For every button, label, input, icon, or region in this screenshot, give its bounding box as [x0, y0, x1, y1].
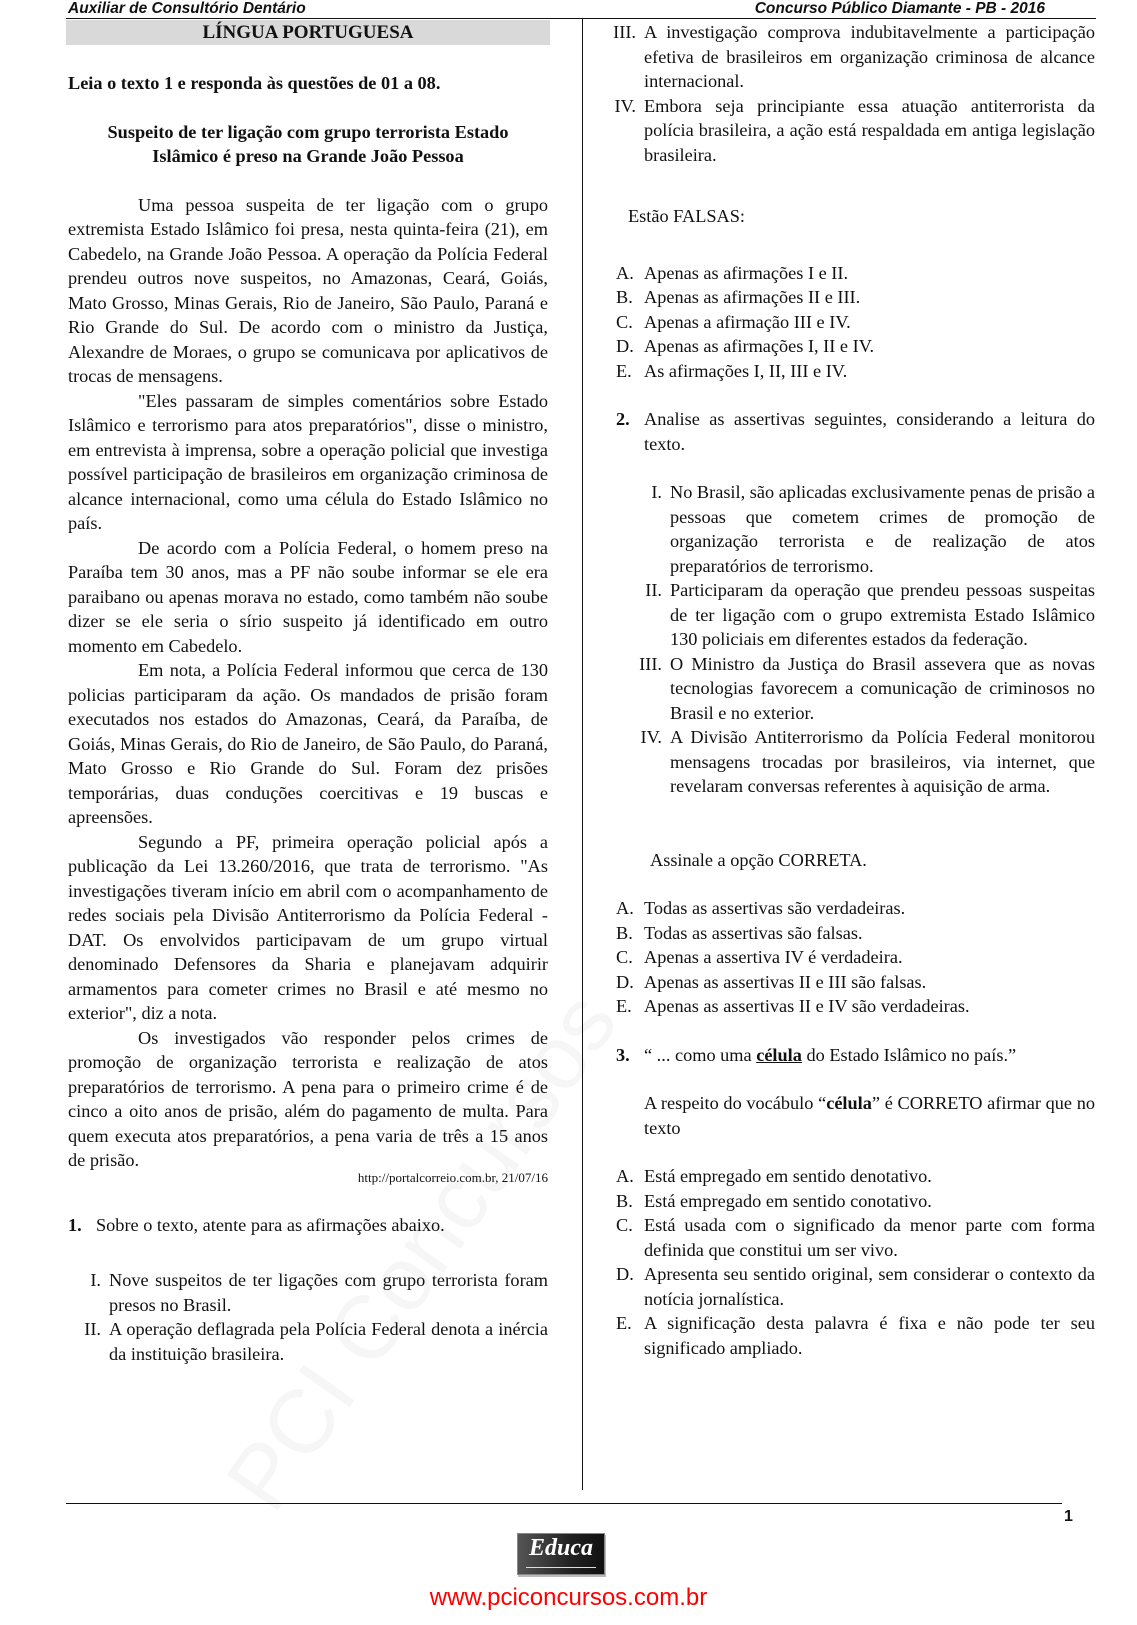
option-text: Está empregado em sentido conotativo.	[644, 1189, 1095, 1214]
statement-number: II.	[614, 578, 670, 652]
option-letter: E.	[616, 1311, 644, 1360]
question-prompt: Analise as assertivas seguintes, conside…	[644, 407, 1095, 456]
question-1-statements-right: III. A investigação comprova indubitavel…	[614, 20, 1095, 167]
option-letter: E.	[616, 359, 644, 384]
statement-text: O Ministro da Justiça do Brasil assevera…	[670, 652, 1095, 726]
statement: III.O Ministro da Justiça do Brasil asse…	[614, 652, 1095, 726]
article-title: Suspeito de ter ligação com grupo terror…	[68, 120, 548, 169]
option-text: Apenas a afirmação III e IV.	[644, 310, 1095, 335]
option-d[interactable]: D.Apenas as assertivas II e III são fals…	[616, 970, 1095, 995]
option-text: Está usada com o significado da menor pa…	[644, 1213, 1095, 1262]
option-a[interactable]: A.Está empregado em sentido denotativo.	[616, 1164, 1095, 1189]
prompt-text: A respeito do vocábulo “	[644, 1093, 826, 1113]
logo-swoosh-icon	[526, 1567, 596, 1571]
option-text: Apenas as afirmações I, II e IV.	[644, 334, 1095, 359]
question-1-statements-left: I. Nove suspeitos de ter ligações com gr…	[68, 1268, 548, 1366]
option-text: Todas as assertivas são verdadeiras.	[644, 896, 1095, 921]
question-2-options: A.Todas as assertivas são verdadeiras. B…	[616, 896, 1095, 1019]
prompt-highlighted-word: célula	[826, 1093, 872, 1113]
statement-text: Nove suspeitos de ter ligações com grupo…	[109, 1268, 548, 1317]
option-b[interactable]: B.Está empregado em sentido conotativo.	[616, 1189, 1095, 1214]
article-paragraph: De acordo com a Polícia Federal, o homem…	[68, 536, 548, 659]
question-3: 3. “ ... como uma célula do Estado Islâm…	[616, 1043, 1095, 1068]
statement-number: IV.	[614, 725, 670, 799]
statement-number: II.	[76, 1317, 109, 1366]
article-paragraph: "Eles passaram de simples comentários so…	[68, 389, 548, 536]
question-2-lead: Assinale a opção CORRETA.	[614, 848, 1095, 873]
option-text: As afirmações I, II, III e IV.	[644, 359, 1095, 384]
statement: I.No Brasil, são aplicadas exclusivament…	[614, 480, 1095, 578]
statement: II. A operação deflagrada pela Polícia F…	[76, 1317, 548, 1366]
footer-divider	[66, 1503, 1062, 1504]
quote-text: “ ... como uma	[644, 1045, 756, 1065]
header-course-title: Auxiliar de Consultório Dentário	[68, 0, 306, 17]
question-2-statements: I.No Brasil, são aplicadas exclusivament…	[614, 480, 1095, 799]
option-letter: B.	[616, 1189, 644, 1214]
question-3-prompt: A respeito do vocábulo “célula” é CORRET…	[614, 1091, 1095, 1140]
option-text: Apenas a assertiva IV é verdadeira.	[644, 945, 1095, 970]
article-source: http://portalcorreio.com.br, 21/07/16	[68, 1170, 548, 1185]
option-letter: B.	[616, 285, 644, 310]
option-e[interactable]: E.Apenas as assertivas II e IV são verda…	[616, 994, 1095, 1019]
option-text: Apenas as afirmações II e III.	[644, 285, 1095, 310]
question-1-options: A.Apenas as afirmações I e II. B.Apenas …	[616, 261, 1095, 384]
statement-number: I.	[76, 1268, 109, 1317]
statement-text: No Brasil, são aplicadas exclusivamente …	[670, 480, 1095, 578]
statement-number: III.	[602, 20, 644, 94]
question-quote: “ ... como uma célula do Estado Islâmico…	[644, 1043, 1095, 1068]
question-2: 2. Analise as assertivas seguintes, cons…	[616, 407, 1095, 456]
question-1: 1. Sobre o texto, atente para as afirmaç…	[68, 1213, 548, 1238]
quote-highlighted-word: célula	[756, 1045, 802, 1065]
option-d[interactable]: D.Apresenta seu sentido original, sem co…	[616, 1262, 1095, 1311]
header-divider	[66, 18, 1096, 19]
option-e[interactable]: E.A significação desta palavra é fixa e …	[616, 1311, 1095, 1360]
option-b[interactable]: B.Apenas as afirmações II e III.	[616, 285, 1095, 310]
question-number: 1.	[68, 1213, 96, 1238]
option-letter: A.	[616, 1164, 644, 1189]
left-column: Leia o texto 1 e responda às questões de…	[68, 45, 548, 1366]
right-column: III. A investigação comprova indubitavel…	[614, 20, 1095, 1360]
statement-text: A investigação comprova indubitavelmente…	[644, 20, 1095, 94]
option-letter: D.	[616, 334, 644, 359]
statement-number: IV.	[602, 94, 644, 168]
header-exam-title: Concurso Público Diamante - PB - 2016	[755, 0, 1045, 17]
option-text: A significação desta palavra é fixa e nã…	[644, 1311, 1095, 1360]
option-letter: E.	[616, 994, 644, 1019]
article-paragraph: Segundo a PF, primeira operação policial…	[68, 830, 548, 1026]
page-number: 1	[1064, 1508, 1073, 1526]
option-c[interactable]: C.Apenas a afirmação III e IV.	[616, 310, 1095, 335]
statement: IV.A Divisão Antiterrorismo da Polícia F…	[614, 725, 1095, 799]
section-title: LÍNGUA PORTUGUESA	[66, 20, 550, 45]
statement-number: I.	[614, 480, 670, 578]
option-b[interactable]: B.Todas as assertivas são falsas.	[616, 921, 1095, 946]
instruction: Leia o texto 1 e responda às questões de…	[68, 71, 548, 96]
option-c[interactable]: C.Apenas a assertiva IV é verdadeira.	[616, 945, 1095, 970]
article-title-line-1: Suspeito de ter ligação com grupo terror…	[68, 120, 548, 145]
option-text: Apenas as assertivas II e III são falsas…	[644, 970, 1095, 995]
option-a[interactable]: A.Todas as assertivas são verdadeiras.	[616, 896, 1095, 921]
option-text: Apresenta seu sentido original, sem cons…	[644, 1262, 1095, 1311]
statement-text: Participaram da operação que prendeu pes…	[670, 578, 1095, 652]
option-text: Apenas as afirmações I e II.	[644, 261, 1095, 286]
question-number: 3.	[616, 1043, 644, 1068]
option-text: Está empregado em sentido denotativo.	[644, 1164, 1095, 1189]
statement-text: Embora seja principiante essa atuação an…	[644, 94, 1095, 168]
question-3-options: A.Está empregado em sentido denotativo. …	[616, 1164, 1095, 1360]
option-letter: C.	[616, 945, 644, 970]
column-divider	[582, 18, 583, 1490]
option-letter: C.	[616, 310, 644, 335]
question-number: 2.	[616, 407, 644, 456]
article-body: Uma pessoa suspeita de ter ligação com o…	[68, 193, 548, 1173]
website-link[interactable]: www.pciconcursos.com.br	[0, 1584, 1137, 1612]
statement-number: III.	[614, 652, 670, 726]
article-title-line-2: Islâmico é preso na Grande João Pessoa	[68, 144, 548, 169]
statement: III. A investigação comprova indubitavel…	[602, 20, 1095, 94]
logo-text: Educa	[518, 1535, 604, 1561]
question-1-lead: Estão FALSAS:	[614, 204, 1095, 229]
option-text: Apenas as assertivas II e IV são verdade…	[644, 994, 1095, 1019]
article-paragraph: Uma pessoa suspeita de ter ligação com o…	[68, 193, 548, 389]
option-c[interactable]: C.Está usada com o significado da menor …	[616, 1213, 1095, 1262]
statement: I. Nove suspeitos de ter ligações com gr…	[76, 1268, 548, 1317]
option-letter: A.	[616, 261, 644, 286]
option-e[interactable]: E.As afirmações I, II, III e IV.	[616, 359, 1095, 384]
article-paragraph: Em nota, a Polícia Federal informou que …	[68, 658, 548, 830]
quote-text: do Estado Islâmico no país.”	[802, 1045, 1016, 1065]
option-letter: B.	[616, 921, 644, 946]
option-letter: D.	[616, 970, 644, 995]
statement-text: A Divisão Antiterrorismo da Polícia Fede…	[670, 725, 1095, 799]
article-paragraph: Os investigados vão responder pelos crim…	[68, 1026, 548, 1173]
option-d[interactable]: D.Apenas as afirmações I, II e IV.	[616, 334, 1095, 359]
option-letter: A.	[616, 896, 644, 921]
statement: II.Participaram da operação que prendeu …	[614, 578, 1095, 652]
option-letter: C.	[616, 1213, 644, 1262]
option-letter: D.	[616, 1262, 644, 1311]
option-a[interactable]: A.Apenas as afirmações I e II.	[616, 261, 1095, 286]
statement-text: A operação deflagrada pela Polícia Feder…	[109, 1317, 548, 1366]
educa-logo: Educa	[517, 1533, 605, 1575]
question-prompt: Sobre o texto, atente para as afirmações…	[96, 1213, 548, 1238]
option-text: Todas as assertivas são falsas.	[644, 921, 1095, 946]
statement: IV. Embora seja principiante essa atuaçã…	[602, 94, 1095, 168]
